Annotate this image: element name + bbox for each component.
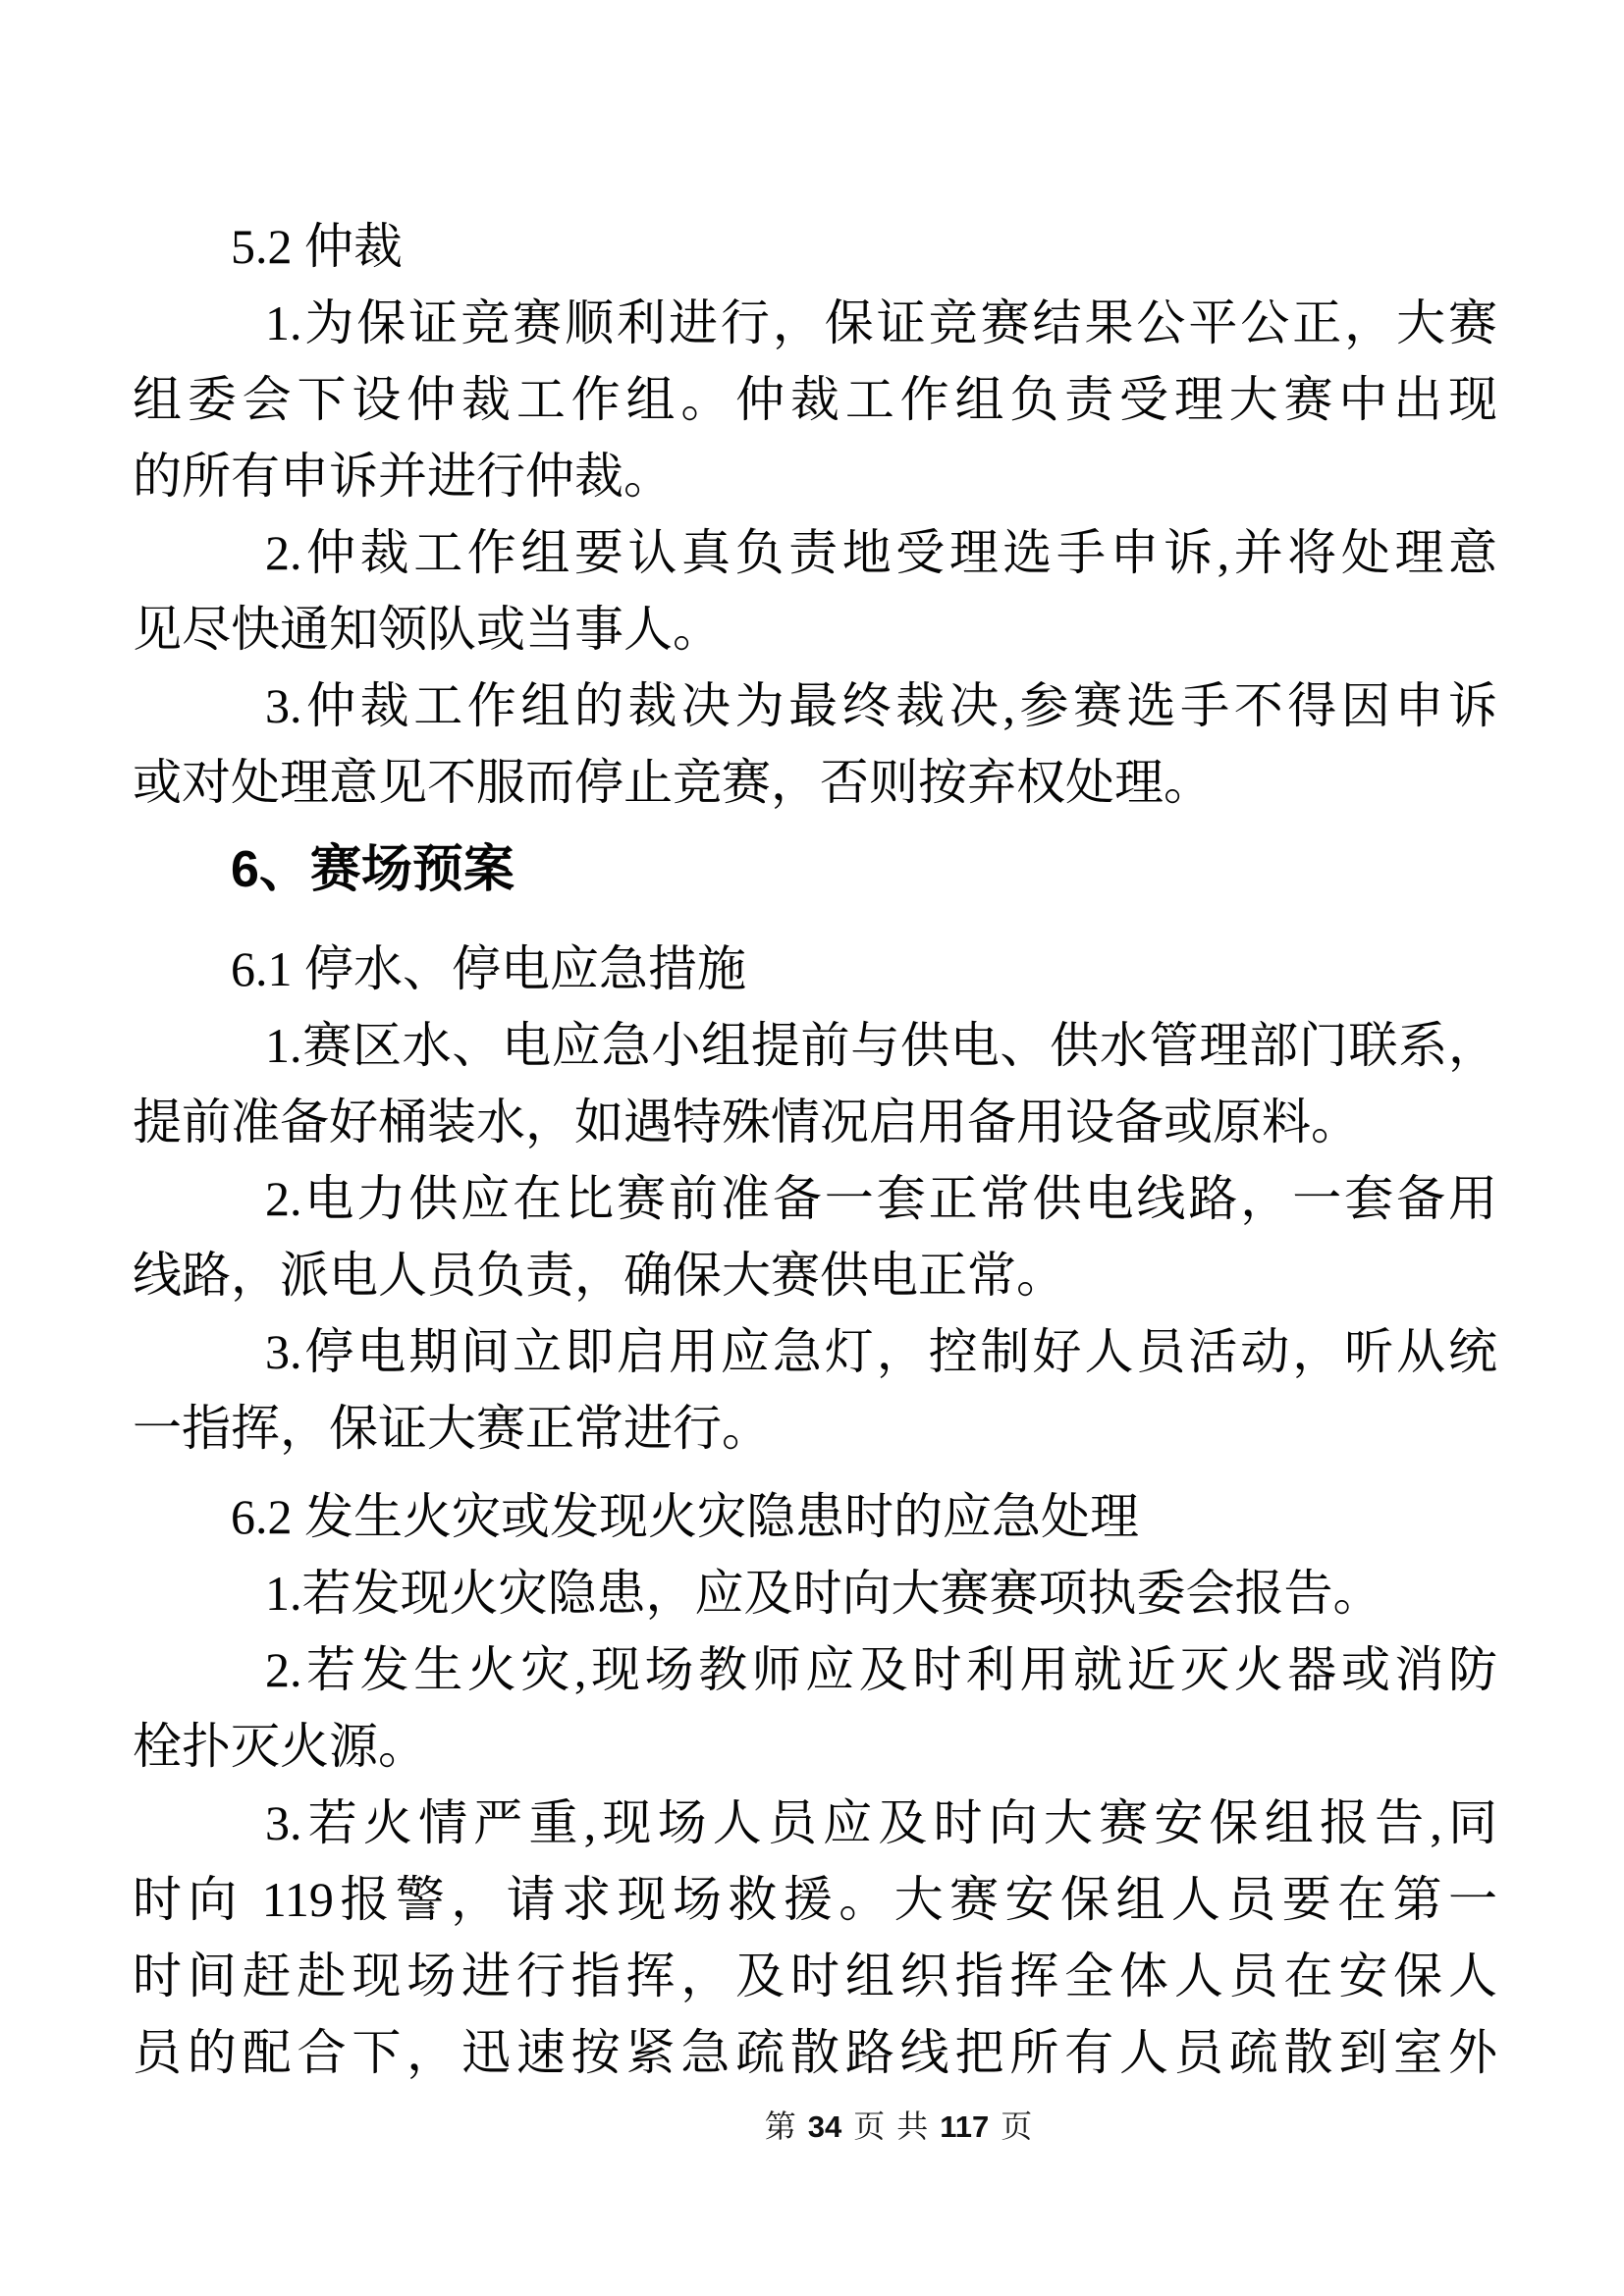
chapter-heading-6: 6、赛场预案	[133, 831, 1497, 908]
paragraph-line: 3.若火情严重,现场人员应及时向大赛安保组报告,同	[133, 1785, 1497, 1861]
paragraph-line: 1.若发现火灾隐患，应及时向大赛赛项执委会报告。	[133, 1555, 1497, 1631]
paragraph-line: 时间赶赴现场进行指挥，及时组织指挥全体人员在安保人	[133, 1938, 1497, 2014]
paragraph-line: 线路，派电人员负责，确保大赛供电正常。	[133, 1237, 1497, 1313]
paragraph-line: 2.电力供应在比赛前准备一套正常供电线路，一套备用	[133, 1160, 1497, 1237]
paragraph-line: 1.为保证竞赛顺利进行，保证竞赛结果公平公正，大赛	[133, 285, 1497, 361]
paragraph-line: 栓扑灭火源。	[133, 1708, 1497, 1785]
paragraph-line: 或对处理意见不服而停止竞赛，否则按弃权处理。	[133, 744, 1497, 821]
paragraph-line: 一指挥，保证大赛正常进行。	[133, 1390, 1497, 1467]
footer-label-gong: 共	[896, 2109, 928, 2144]
footer-page-number: 34	[808, 2109, 841, 2144]
paragraph-line: 2.仲裁工作组要认真负责地受理选手申诉,并将处理意	[133, 514, 1497, 591]
paragraph-line: 时向 119报警，请求现场救援。大赛安保组人员要在第一	[133, 1861, 1497, 1938]
section-heading-5-2: 5.2 仲裁	[133, 208, 1497, 285]
document-page: 5.2 仲裁 1.为保证竞赛顺利进行，保证竞赛结果公平公正，大赛 组委会下设仲裁…	[0, 0, 1624, 2296]
paragraph-line: 提前准备好桶装水，如遇特殊情况启用备用设备或原料。	[133, 1084, 1497, 1160]
section-heading-6-2: 6.2 发生火灾或发现火灾隐患时的应急处理	[133, 1478, 1497, 1555]
paragraph-line: 见尽快通知领队或当事人。	[133, 591, 1497, 667]
footer-label-ye-2: 页	[1001, 2109, 1032, 2144]
paragraph-line: 1.赛区水、电应急小组提前与供电、供水管理部门联系，	[133, 1007, 1497, 1084]
footer-total-pages: 117	[940, 2109, 989, 2144]
document-body: 5.2 仲裁 1.为保证竞赛顺利进行，保证竞赛结果公平公正，大赛 组委会下设仲裁…	[133, 208, 1497, 2091]
footer-label-di: 第	[765, 2109, 796, 2144]
paragraph-line: 员的配合下，迅速按紧急疏散路线把所有人员疏散到室外	[133, 2014, 1497, 2091]
paragraph-line: 的所有申诉并进行仲裁。	[133, 438, 1497, 514]
footer-label-ye: 页	[853, 2109, 885, 2144]
paragraph-line: 3.停电期间立即启用应急灯，控制好人员活动，听从统	[133, 1313, 1497, 1390]
paragraph-line: 组委会下设仲裁工作组。仲裁工作组负责受理大赛中出现	[133, 361, 1497, 438]
page-footer: 第34页共117页	[759, 2107, 1039, 2153]
paragraph-line: 2.若发生火灾,现场教师应及时利用就近灭火器或消防	[133, 1631, 1497, 1708]
section-heading-6-1: 6.1 停水、停电应急措施	[133, 931, 1497, 1007]
paragraph-line: 3.仲裁工作组的裁决为最终裁决,参赛选手不得因申诉	[133, 667, 1497, 744]
